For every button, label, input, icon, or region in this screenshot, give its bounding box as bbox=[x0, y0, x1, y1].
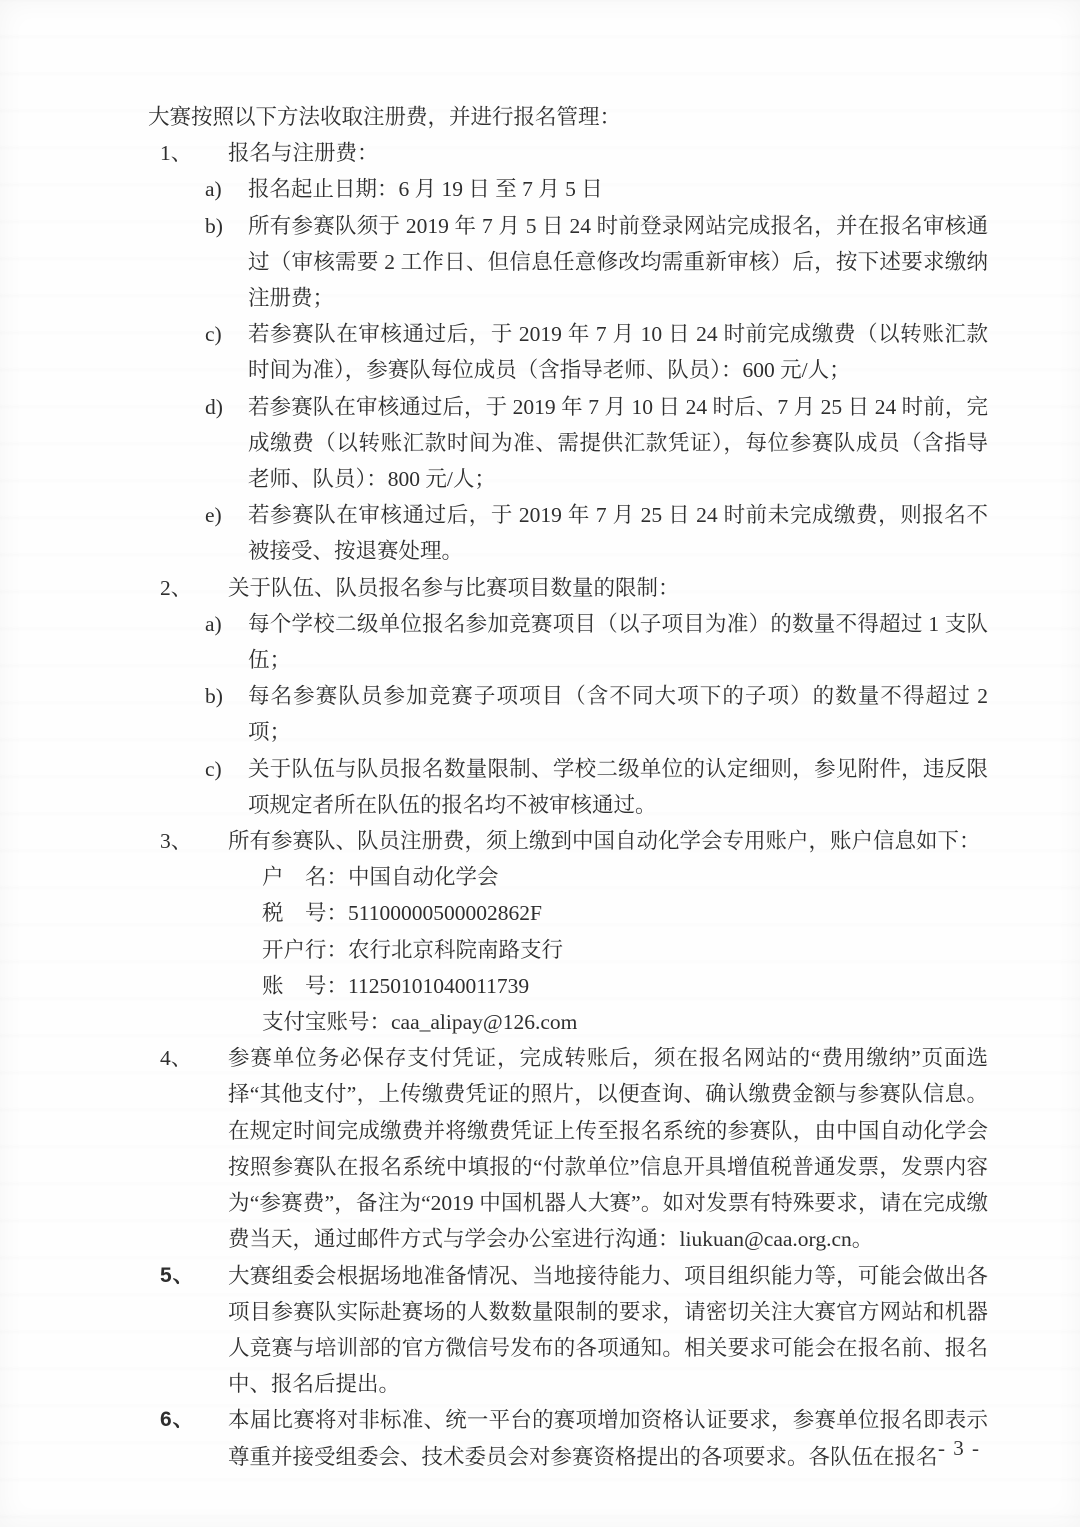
list-item-4: 4、 参赛单位务必保存支付凭证，完成转账后，须在报名网站的“费用缴纳”页面选择“… bbox=[148, 1040, 988, 1257]
item-5-text: 大赛组委会根据场地准备情况、当地接待能力、项目组织能力等，可能会做出各项目参赛队… bbox=[228, 1264, 988, 1397]
item-1c-letter: c) bbox=[205, 316, 222, 352]
list-item-1: 1、 报名与注册费： bbox=[148, 135, 988, 171]
list-item-5: 5、 大赛组委会根据场地准备情况、当地接待能力、项目组织能力等，可能会做出各项目… bbox=[148, 1258, 988, 1403]
list-item-2b: b) 每名参赛队员参加竞赛子项项目（含不同大项下的子项）的数量不得超过 2 项； bbox=[148, 678, 988, 750]
list-item-1a: a) 报名起止日期：6 月 19 日 至 7 月 5 日 bbox=[148, 171, 988, 207]
account-number-row: 账 号：11250101040011739 bbox=[148, 968, 988, 1004]
account-number-label: 账 号： bbox=[262, 974, 348, 998]
list-item-1e: e) 若参赛队在审核通过后，于 2019 年 7 月 25 日 24 时前未完成… bbox=[148, 497, 988, 569]
alipay-account-label: 支付宝账号： bbox=[262, 1010, 391, 1034]
item-4-number: 4、 bbox=[160, 1040, 192, 1076]
account-name-label: 户 名： bbox=[262, 865, 348, 889]
alipay-account-value: caa_alipay@126.com bbox=[391, 1010, 577, 1034]
item-5-number: 5、 bbox=[160, 1258, 195, 1294]
item-1e-letter: e) bbox=[205, 497, 222, 533]
list-item-6: 6、 本届比赛将对非标准、统一平台的赛项增加资格认证要求，参赛单位报名即表示尊重… bbox=[148, 1402, 988, 1474]
item-2-text: 关于队伍、队员报名参与比赛项目数量的限制： bbox=[228, 576, 680, 600]
list-item-3: 3、 所有参赛队、队员注册费，须上缴到中国自动化学会专用账户，账户信息如下： bbox=[148, 823, 988, 859]
list-item-1d: d) 若参赛队在审核通过后，于 2019 年 7 月 10 日 24 时后、7 … bbox=[148, 389, 988, 498]
item-1a-letter: a) bbox=[205, 171, 222, 207]
item-2b-text: 每名参赛队员参加竞赛子项项目（含不同大项下的子项）的数量不得超过 2 项； bbox=[248, 684, 988, 744]
tax-number-value: 51100000500002862F bbox=[348, 901, 542, 925]
tax-number-row: 税 号：51100000500002862F bbox=[148, 895, 988, 931]
item-2b-letter: b) bbox=[205, 678, 223, 714]
list-item-2c: c) 关于队伍与队员报名数量限制、学校二级单位的认定细则，参见附件，违反限项规定… bbox=[148, 751, 988, 823]
item-6-number: 6、 bbox=[160, 1402, 195, 1438]
item-4-text: 参赛单位务必保存支付凭证，完成转账后，须在报名网站的“费用缴纳”页面选择“其他支… bbox=[228, 1046, 988, 1251]
list-item-2a: a) 每个学校二级单位报名参加竞赛项目（以子项目为准）的数量不得超过 1 支队伍… bbox=[148, 606, 988, 678]
item-1-text: 报名与注册费： bbox=[228, 141, 379, 165]
bank-branch-label: 开户行： bbox=[262, 938, 348, 962]
item-1c-text: 若参赛队在审核通过后，于 2019 年 7 月 10 日 24 时前完成缴费（以… bbox=[248, 322, 988, 382]
account-number-value: 11250101040011739 bbox=[348, 974, 529, 998]
item-1b-text: 所有参赛队须于 2019 年 7 月 5 日 24 时前登录网站完成报名，并在报… bbox=[248, 214, 988, 310]
item-1d-letter: d) bbox=[205, 389, 223, 425]
intro-paragraph: 大赛按照以下方法收取注册费，并进行报名管理： bbox=[148, 99, 988, 135]
account-name-value: 中国自动化学会 bbox=[348, 865, 499, 889]
item-3-number: 3、 bbox=[160, 823, 192, 859]
bank-branch-row: 开户行：农行北京科院南路支行 bbox=[148, 932, 988, 968]
account-name-row: 户 名：中国自动化学会 bbox=[148, 859, 988, 895]
item-1b-letter: b) bbox=[205, 208, 223, 244]
document-content: 大赛按照以下方法收取注册费，并进行报名管理： 1、 报名与注册费： a) 报名起… bbox=[148, 99, 988, 1475]
item-3-text: 所有参赛队、队员注册费，须上缴到中国自动化学会专用账户，账户信息如下： bbox=[228, 829, 981, 853]
item-2a-text: 每个学校二级单位报名参加竞赛项目（以子项目为准）的数量不得超过 1 支队伍； bbox=[248, 612, 988, 672]
item-2-number: 2、 bbox=[160, 570, 192, 606]
list-item-1c: c) 若参赛队在审核通过后，于 2019 年 7 月 10 日 24 时前完成缴… bbox=[148, 316, 988, 388]
item-1a-text: 报名起止日期：6 月 19 日 至 7 月 5 日 bbox=[248, 177, 603, 201]
item-2a-letter: a) bbox=[205, 606, 222, 642]
list-item-1b: b) 所有参赛队须于 2019 年 7 月 5 日 24 时前登录网站完成报名，… bbox=[148, 208, 988, 317]
page-number: - 3 - bbox=[938, 1430, 981, 1466]
item-1-number: 1、 bbox=[160, 135, 192, 171]
bank-branch-value: 农行北京科院南路支行 bbox=[348, 938, 563, 962]
item-1e-text: 若参赛队在审核通过后，于 2019 年 7 月 25 日 24 时前未完成缴费，… bbox=[248, 503, 988, 563]
item-2c-text: 关于队伍与队员报名数量限制、学校二级单位的认定细则，参见附件，违反限项规定者所在… bbox=[248, 757, 988, 817]
item-1d-text: 若参赛队在审核通过后，于 2019 年 7 月 10 日 24 时后、7 月 2… bbox=[248, 395, 988, 491]
item-2c-letter: c) bbox=[205, 751, 222, 787]
item-6-text: 本届比赛将对非标准、统一平台的赛项增加资格认证要求，参赛单位报名即表示尊重并接受… bbox=[228, 1408, 988, 1468]
list-item-2: 2、 关于队伍、队员报名参与比赛项目数量的限制： bbox=[148, 570, 988, 606]
tax-number-label: 税 号： bbox=[262, 901, 348, 925]
alipay-account-row: 支付宝账号：caa_alipay@126.com bbox=[148, 1004, 988, 1040]
document-page: 大赛按照以下方法收取注册费，并进行报名管理： 1、 报名与注册费： a) 报名起… bbox=[0, 0, 1080, 1527]
